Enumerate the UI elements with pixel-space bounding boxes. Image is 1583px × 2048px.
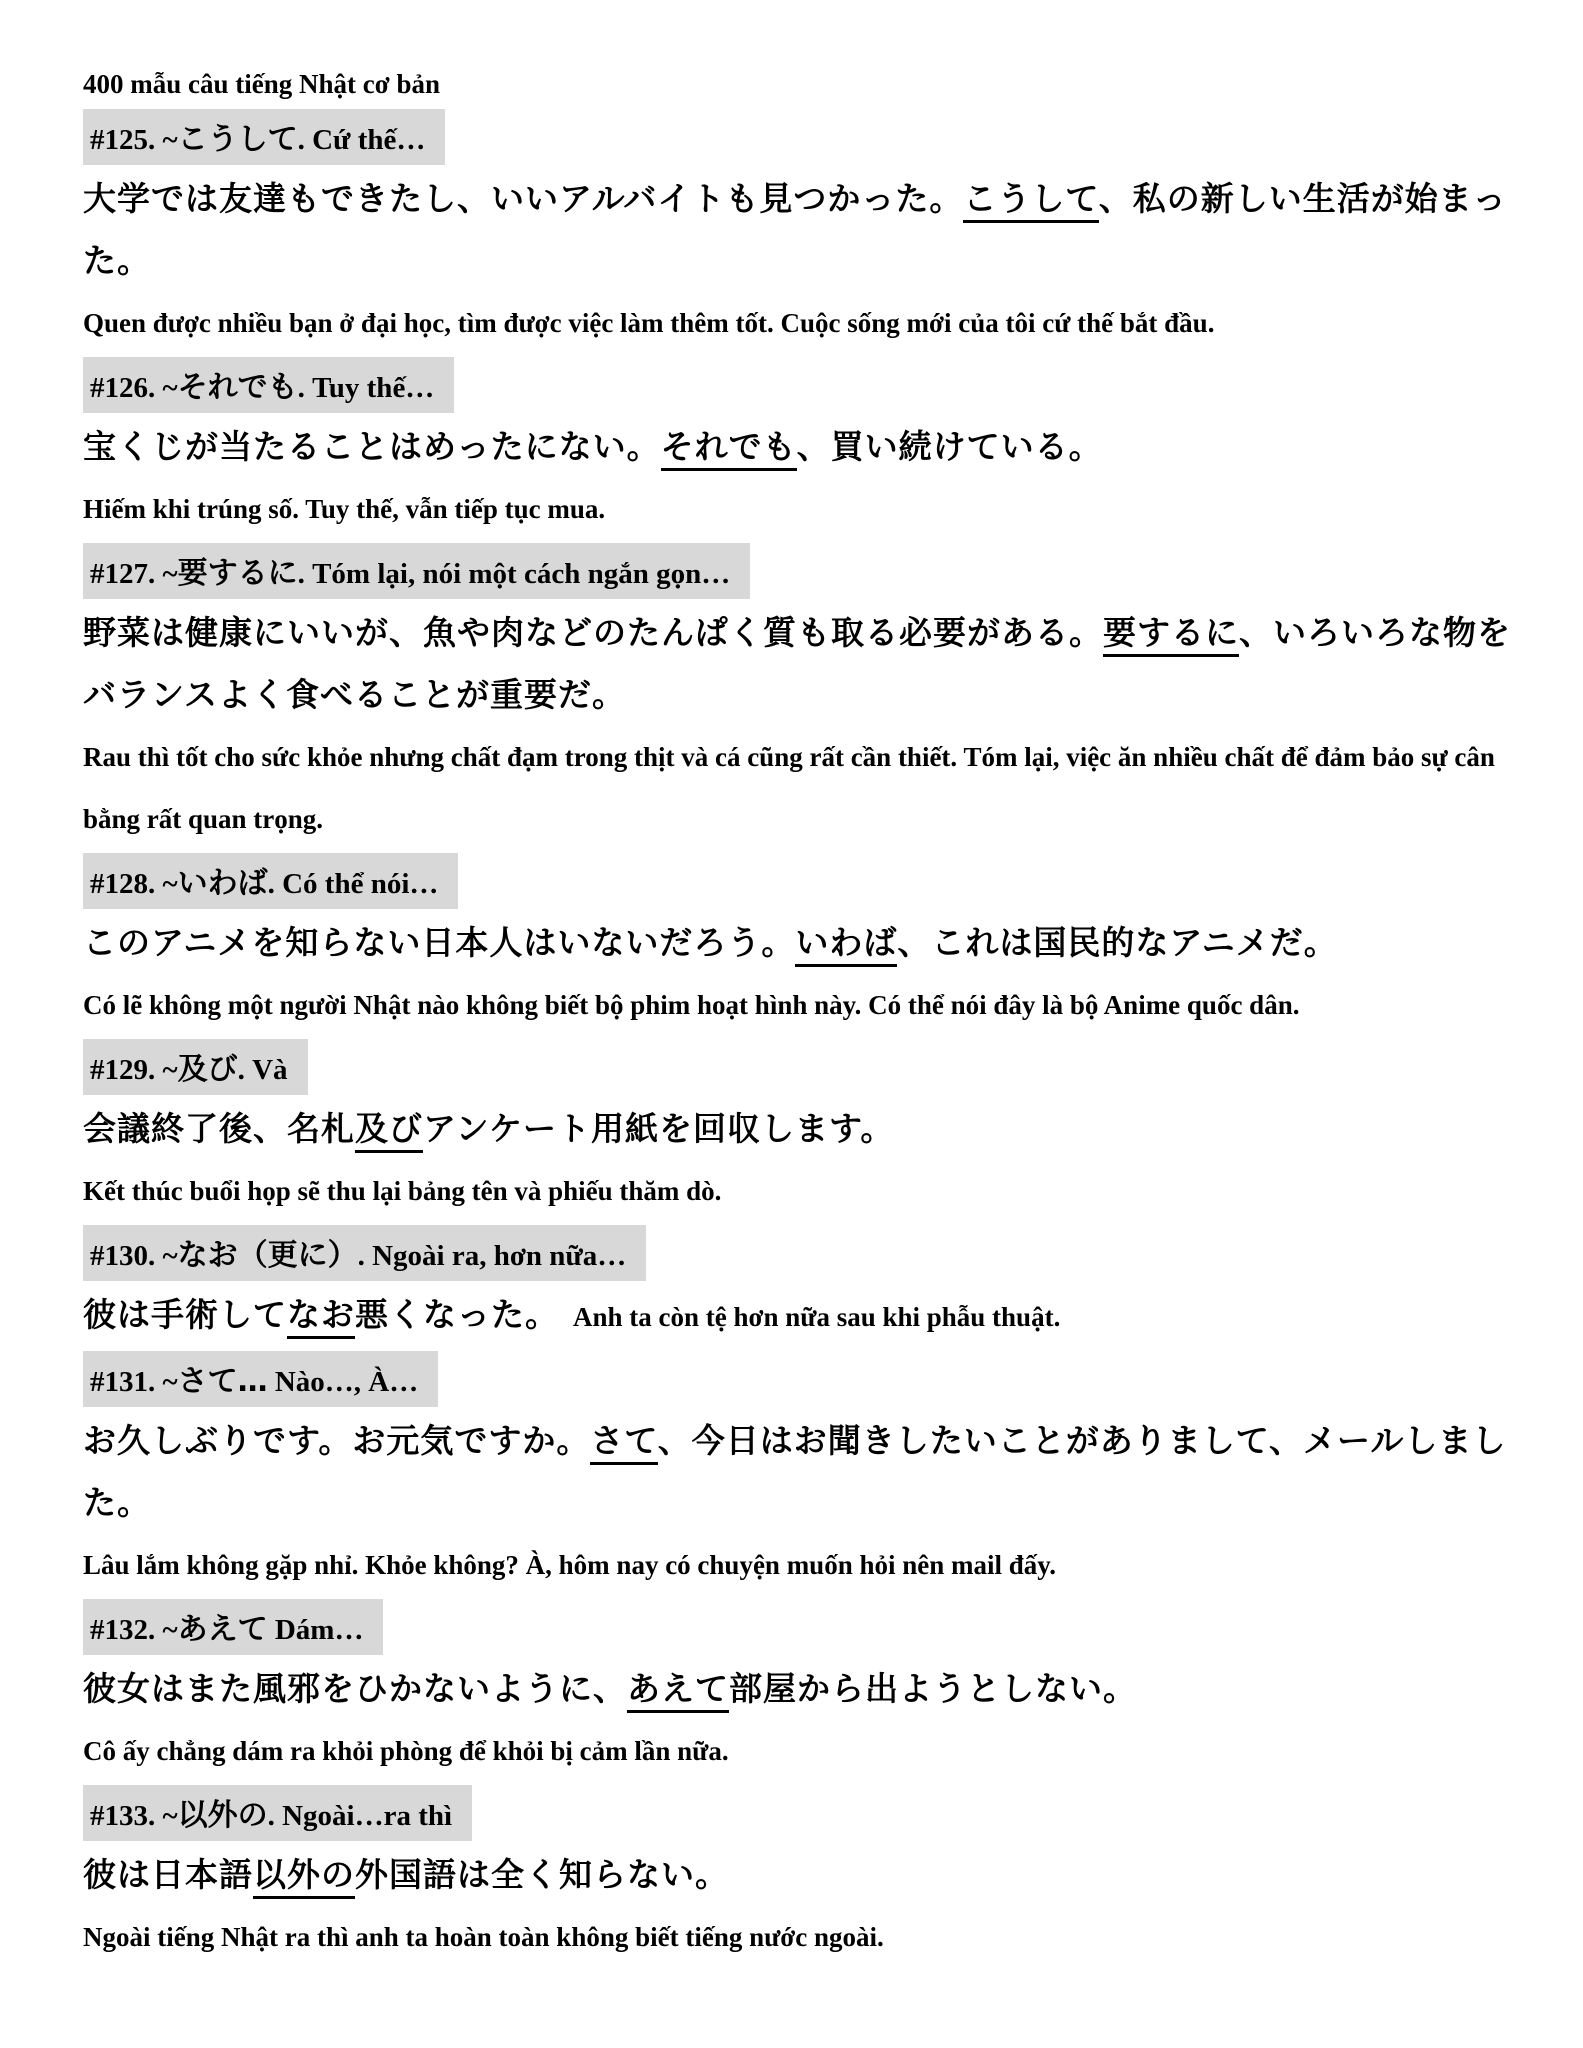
jp-text-pre: 野菜は健康にいいが、魚や肉などのたんぱく質も取る必要がある。 (83, 613, 1103, 652)
entry-127: #127. ~要するに. Tóm lại, nói một cách ngắn … (83, 540, 1513, 850)
vi-translation: Ngoài tiếng Nhật ra thì anh ta hoàn toàn… (83, 1906, 1513, 1968)
vi-translation: Cô ấy chẳng dám ra khỏi phòng để khỏi bị… (83, 1720, 1513, 1782)
entry-128: #128. ~いわば. Có thể nói… このアニメを知らない日本人はいな… (83, 850, 1513, 1036)
jp-text-pre: 彼女はまた風邪をひかないように、 (83, 1669, 627, 1708)
entry-number: #127. ~ (90, 558, 178, 590)
entry-125: #125. ~こうして. Cứ thế… 大学では友達もできたし、いいアルバイト… (83, 106, 1513, 354)
entry-heading-row: #127. ~要するに. Tóm lại, nói một cách ngắn … (83, 540, 1513, 602)
entry-meaning-vi: . Ngoài ra, hơn nữa… (358, 1240, 627, 1272)
vi-translation: Có lẽ không một người Nhật nào không biế… (83, 974, 1513, 1036)
jp-text-post: アンケート用紙を回収します。 (423, 1109, 894, 1148)
entry-pattern-jp: こうして (178, 122, 298, 157)
entry-heading-row: #131. ~さて… Nào…, À… (83, 1348, 1513, 1410)
underlined-pattern: あえて (627, 1669, 729, 1713)
entry-meaning-vi: . Cứ thế… (298, 124, 426, 156)
entry-heading-row: #129. ~及び. Và (83, 1036, 1513, 1098)
underlined-pattern: 以外の (253, 1855, 355, 1899)
document-page: 400 mẫu câu tiếng Nhật cơ bản #125. ~こうし… (0, 0, 1583, 2048)
jp-text-post: 悪くなった。 (355, 1295, 559, 1334)
jp-sentence: 野菜は健康にいいが、魚や肉などのたんぱく質も取る必要がある。要するに、いろいろな… (83, 602, 1513, 726)
entry-pattern-jp: 及び (178, 1052, 238, 1087)
entry-heading: #131. ~さて… Nào…, À… (83, 1351, 438, 1407)
entry-heading: #129. ~及び. Và (83, 1039, 308, 1095)
jp-text-pre: このアニメを知らない日本人はいないだろう。 (83, 923, 795, 962)
vi-translation: Hiếm khi trúng số. Tuy thế, vẫn tiếp tục… (83, 478, 1513, 540)
jp-text-post: 、これは国民的なアニメだ。 (897, 923, 1337, 962)
entry-pattern-jp: 要するに (178, 556, 298, 591)
entry-number: #130. ~ (90, 1240, 178, 1272)
entry-pattern-jp: あえて (178, 1612, 268, 1647)
entry-131: #131. ~さて… Nào…, À… お久しぶりです。お元気ですか。さて、今日… (83, 1348, 1513, 1596)
entry-number: #132. ~ (90, 1614, 178, 1646)
jp-text-pre: お久しぶりです。お元気ですか。 (83, 1421, 590, 1460)
jp-text-pre: 大学では友達もできたし、いいアルバイトも見つかった。 (83, 179, 963, 218)
entry-126: #126. ~それでも. Tuy thế… 宝くじが当たることはめったにない。そ… (83, 354, 1513, 540)
vi-translation: Rau thì tốt cho sức khỏe nhưng chất đạm … (83, 726, 1513, 850)
jp-sentence: 大学では友達もできたし、いいアルバイトも見つかった。こうして、私の新しい生活が始… (83, 168, 1513, 292)
jp-sentence: お久しぶりです。お元気ですか。さて、今日はお聞きしたいことがありまして、メールし… (83, 1410, 1513, 1534)
entry-132: #132. ~あえて Dám… 彼女はまた風邪をひかないように、あえて部屋から出… (83, 1596, 1513, 1782)
jp-sentence: 会議終了後、名札及びアンケート用紙を回収します。 (83, 1098, 1513, 1160)
jp-text-post: 外国語は全く知らない。 (355, 1855, 729, 1894)
vi-translation-inline: Anh ta còn tệ hơn nữa sau khi phẫu thuật… (573, 1302, 1060, 1332)
entry-133: #133. ~以外の. Ngoài…ra thì 彼は日本語以外の外国語は全く知… (83, 1782, 1513, 1968)
entry-heading: #126. ~それでも. Tuy thế… (83, 357, 454, 413)
entry-heading: #128. ~いわば. Có thể nói… (83, 853, 458, 909)
underlined-pattern: さて (590, 1421, 657, 1465)
entry-meaning-vi: Nào…, À… (268, 1366, 419, 1398)
entry-number: #125. ~ (90, 124, 178, 156)
underlined-pattern: こうして (963, 179, 1098, 223)
jp-sentence: 彼は手術してなお悪くなった。Anh ta còn tệ hơn nữa sau … (83, 1284, 1513, 1348)
underlined-pattern: 及び (355, 1109, 423, 1153)
underlined-pattern: それでも (661, 427, 797, 471)
document-title: 400 mẫu câu tiếng Nhật cơ bản (83, 62, 1513, 106)
entry-heading-row: #130. ~なお（更に）. Ngoài ra, hơn nữa… (83, 1222, 1513, 1284)
entry-pattern-jp: なお（更に） (178, 1238, 358, 1273)
jp-text-pre: 会議終了後、名札 (83, 1109, 355, 1148)
entry-heading-row: #132. ~あえて Dám… (83, 1596, 1513, 1658)
entry-heading: #127. ~要するに. Tóm lại, nói một cách ngắn … (83, 543, 750, 599)
entry-heading-row: #125. ~こうして. Cứ thế… (83, 106, 1513, 168)
jp-sentence: このアニメを知らない日本人はいないだろう。いわば、これは国民的なアニメだ。 (83, 912, 1513, 974)
vi-translation: Quen được nhiều bạn ở đại học, tìm được … (83, 292, 1513, 354)
entry-pattern-jp: それでも (178, 370, 298, 405)
entry-number: #126. ~ (90, 372, 178, 404)
entry-heading: #125. ~こうして. Cứ thế… (83, 109, 445, 165)
entry-number: #129. ~ (90, 1054, 178, 1086)
entry-number: #128. ~ (90, 868, 178, 900)
underlined-pattern: いわば (795, 923, 897, 967)
entry-meaning-vi: . Tuy thế… (298, 372, 435, 404)
entry-heading-row: #128. ~いわば. Có thể nói… (83, 850, 1513, 912)
entry-meaning-vi: . Tóm lại, nói một cách ngắn gọn… (298, 558, 731, 590)
entry-meaning-vi: Dám… (268, 1614, 364, 1646)
jp-text-pre: 彼は日本語 (83, 1855, 253, 1894)
jp-sentence: 宝くじが当たることはめったにない。それでも、買い続けている。 (83, 416, 1513, 478)
underlined-pattern: なお (287, 1295, 355, 1339)
jp-text-pre: 彼は手術して (83, 1295, 287, 1334)
entry-heading-row: #126. ~それでも. Tuy thế… (83, 354, 1513, 416)
entry-heading: #130. ~なお（更に）. Ngoài ra, hơn nữa… (83, 1225, 646, 1281)
entry-meaning-vi: . Ngoài…ra thì (268, 1800, 452, 1832)
jp-text-post: 部屋から出ようとしない。 (729, 1669, 1137, 1708)
underlined-pattern: 要するに (1103, 613, 1239, 657)
entry-meaning-vi: . Và (238, 1054, 288, 1086)
entry-pattern-jp: さて… (178, 1364, 268, 1399)
vi-translation: Kết thúc buổi họp sẽ thu lại bảng tên và… (83, 1160, 1513, 1222)
entry-heading-row: #133. ~以外の. Ngoài…ra thì (83, 1782, 1513, 1844)
entry-129: #129. ~及び. Và 会議終了後、名札及びアンケート用紙を回収します。 K… (83, 1036, 1513, 1222)
entry-pattern-jp: いわば (178, 866, 268, 901)
jp-text-post: 、買い続けている。 (797, 427, 1103, 466)
entry-heading: #133. ~以外の. Ngoài…ra thì (83, 1785, 472, 1841)
entry-heading: #132. ~あえて Dám… (83, 1599, 383, 1655)
entry-meaning-vi: . Có thể nói… (268, 868, 439, 900)
jp-text-pre: 宝くじが当たることはめったにない。 (83, 427, 661, 466)
entry-number: #131. ~ (90, 1366, 178, 1398)
entry-pattern-jp: 以外の (178, 1798, 268, 1833)
vi-translation: Lâu lắm không gặp nhỉ. Khỏe không? À, hô… (83, 1534, 1513, 1596)
entry-130: #130. ~なお（更に）. Ngoài ra, hơn nữa… 彼は手術して… (83, 1222, 1513, 1348)
entry-number: #133. ~ (90, 1800, 178, 1832)
jp-sentence: 彼は日本語以外の外国語は全く知らない。 (83, 1844, 1513, 1906)
jp-sentence: 彼女はまた風邪をひかないように、あえて部屋から出ようとしない。 (83, 1658, 1513, 1720)
